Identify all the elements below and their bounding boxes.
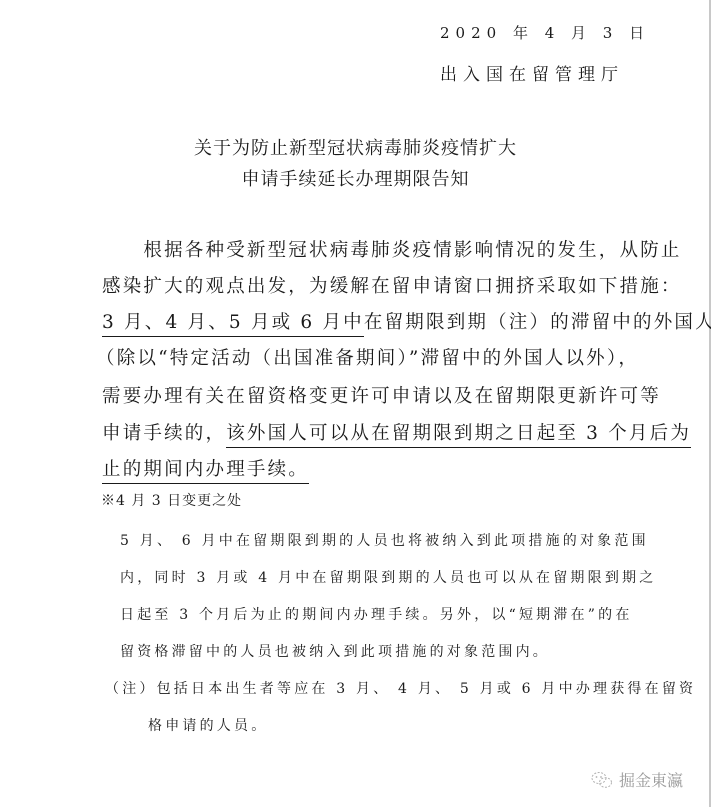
underlined-months: 3 月、4 月、5 月或 6 月中 [102,312,364,337]
body-line-6-plain: 申请手续的， [102,423,226,444]
underlined-extension: 该外国人可以从在留期限到期之日起至 3 个月后为 [226,423,691,448]
change-note-line: 5 月、 6 月中在留期限到期的人员也将被纳入到此项措施的对象范围 [120,530,649,550]
change-note-line: 日起至 3 个月后为止的期间内办理手续。另外，以“短期滞在”的在 [120,604,633,624]
document-title-line-2: 申请手续延长办理期限告知 [0,165,711,191]
change-note-line: 内，同时 3 月或 4 月中在留期限到期的人员也可以从在留期限到期之 [120,567,656,587]
body-line-5: 需要办理有关在留资格变更许可申请以及在留期限更新许可等 [102,382,661,408]
change-note-heading: ※4 月 3 日变更之处 [101,490,242,510]
body-line-1: 根据各种受新型冠状病毒肺炎疫情影响情况的发生，从防止 [102,236,682,262]
issuing-agency: 出入国在留管理厅 [440,60,624,85]
footnote-line-2: 格申请的人员。 [148,715,268,735]
change-note-line: 留资格滞留中的人员也被纳入到此项措施的对象范围内。 [120,641,550,661]
body-line-3: 3 月、4 月、5 月或 6 月中在留期限到期（注）的滞留中的外国人 [102,308,711,334]
wechat-icon [591,771,613,789]
body-line-7: 止的期间内办理手续。 [102,455,309,481]
document-date: 2020 年 4 月 3 日 [440,22,650,43]
body-line-3-rest: 在留期限到期（注）的滞留中的外国人 [364,312,711,333]
footnote-line-1: （注）包括日本出生者等应在 3 月、 4 月、 5 月或 6 月中办理获得在留资 [105,678,696,698]
watermark-text: 掘金東瀛 [619,768,683,791]
watermark: 掘金東瀛 [591,768,683,791]
body-line-4: （除以“特定活动（出国准备期间）”滞留中的外国人以外）， [96,344,639,370]
document-title-line-1: 关于为防止新型冠状病毒肺炎疫情扩大 [0,134,711,160]
underlined-extension-end: 止的期间内办理手续。 [102,459,309,484]
body-line-6: 申请手续的，该外国人可以从在留期限到期之日起至 3 个月后为 [102,419,691,445]
body-line-2: 感染扩大的观点出发，为缓解在留申请窗口拥挤采取如下措施： [102,272,682,298]
